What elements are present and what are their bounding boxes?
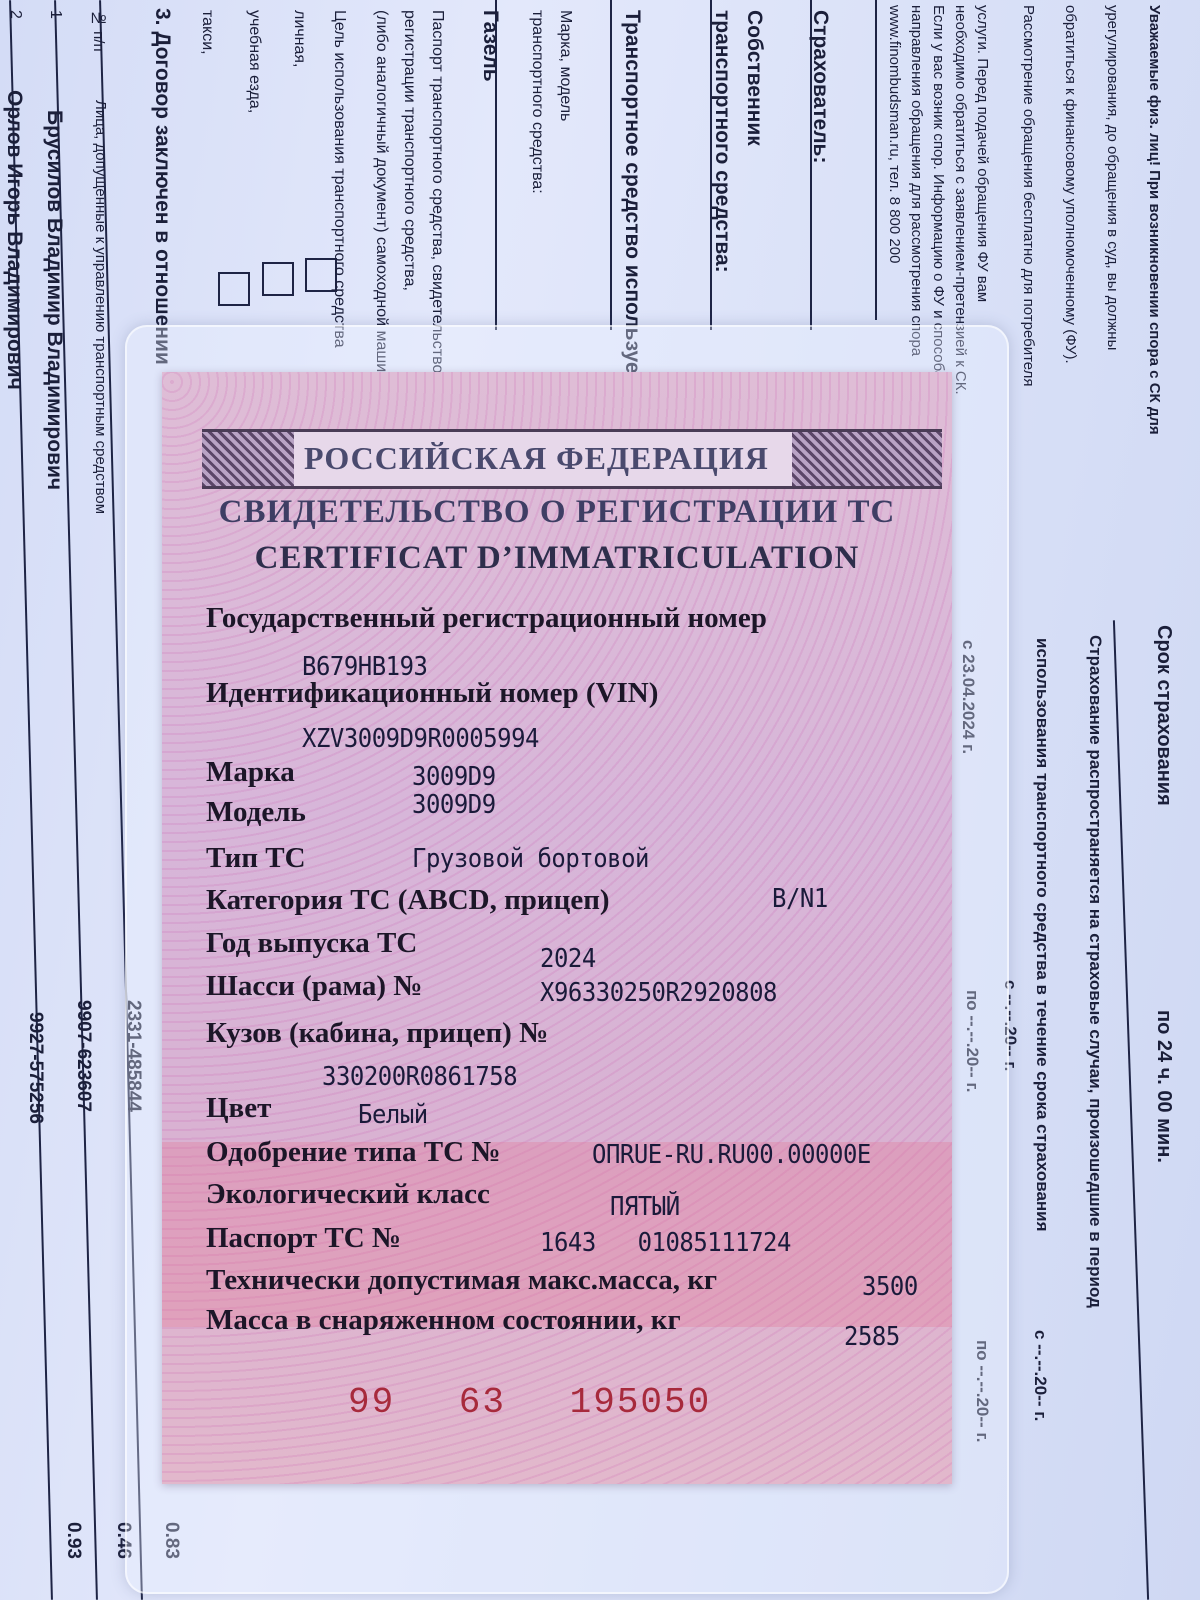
make-label: Марка [206,756,295,789]
reg-number-label: Государственный регистрационный номер [206,602,767,635]
type-approval-label: Одобрение типа ТС № [206,1136,500,1169]
vehicle-docs-line: регистрации транспортного средства, [400,10,418,291]
vehicle-registration-certificate: РОССИЙСКАЯ ФЕДЕРАЦИЯ СВИДЕТЕЛЬСТВО О РЕГ… [162,372,952,1484]
year-label: Год выпуска ТС [206,927,417,960]
body-value: 330200R0861758 [322,1062,517,1092]
insurance-period-value: по 24 ч. 00 мин. [1152,1010,1175,1163]
driver-license-number: 9907-623607 [72,1000,94,1112]
usage-checkbox[interactable] [218,272,250,306]
certificate-serial-number: 99 63 195050 [348,1382,711,1423]
notice-line: Уважаемые физ. лиц! При возникновении сп… [1146,5,1163,435]
vehicle-label: транспортного средства: [528,10,546,194]
model-value: 3009D9 [412,790,496,820]
usage-option-taxi: такси, [198,10,216,55]
color-label: Цвет [206,1092,271,1125]
notice-line: Рассмотрение обращения бесплатно для пот… [1020,5,1037,387]
column-header-persons: Лица, допущенные к управлению транспортн… [92,100,109,514]
country-title: РОССИЙСКАЯ ФЕДЕРАЦИЯ [304,440,769,477]
color-value: Белый [358,1100,428,1130]
owner-heading: транспортного средства: [710,10,734,273]
table-rule [610,0,612,330]
notice-line: направления обращения для рассмотрения с… [908,5,925,356]
vin-value: XZV3009D9R0005994 [302,724,539,754]
driver-name: Брусилов Владимир Владимирович [42,110,66,490]
max-mass-label: Технически допустимая макс.масса, кг [206,1264,717,1297]
category-value: B/N1 [772,884,828,914]
coverage-text: использования транспортного средства в т… [1032,638,1052,1232]
certificate-title-fr: CERTIFICAT D’IMMATRICULATION [162,540,952,577]
driver-name: Орлов Игорь Владимирович [2,90,26,390]
type-approval-value: ОПRUE-RU.RU00.00000Е [592,1140,871,1170]
usage-option-personal: личная, [290,10,308,67]
insurance-period-label: Срок страхования [1152,625,1175,806]
usage-label: Цель использования транспортного средств… [330,10,348,348]
driver-row-number: 1 [46,10,64,19]
usage-checkbox[interactable] [262,262,294,296]
period-blank: с --.--.20-- г. [1030,1330,1050,1421]
chassis-label: Шасси (рама) № [206,970,422,1003]
vehicle-label: Марка, модель [556,10,574,121]
type-value: Грузовой бортовой [412,844,649,874]
category-label: Категория ТС (ABCD, прицеп) [206,884,610,917]
make-value: 3009D9 [412,762,496,792]
driver-license-number: 9927-575256 [24,1012,46,1124]
eco-class-value: ПЯТЫЙ [610,1192,680,1222]
column-header-number: № п/п [90,10,107,52]
passport-value: 1643 01085111724 [540,1228,791,1258]
notice-line: www.finombudsman.ru, тел. 8 800 200 [886,5,903,263]
notice-line: урегулирования, до обращения в суд, вы д… [1104,5,1121,350]
country-banner: РОССИЙСКАЯ ФЕДЕРАЦИЯ [202,429,942,489]
eco-class-label: Экологический класс [206,1178,490,1211]
curb-mass-label: Масса в снаряженном состоянии, кг [206,1304,681,1337]
vehicle-make: Газель [478,10,502,82]
model-label: Модель [206,796,306,829]
type-label: Тип ТС [206,842,306,875]
coverage-text: Страхование распространяется на страховы… [1085,635,1105,1308]
owner-heading: Собственник [742,10,766,146]
section-heading: 3. Договор заключен в отношении [150,8,174,365]
chassis-value: X96330250R2920808 [540,978,777,1008]
body-label: Кузов (кабина, прицеп) № [206,1017,548,1050]
table-rule [875,0,877,320]
table-rule [1113,620,1149,1599]
year-value: 2024 [540,944,596,974]
ornament-icon [792,432,942,486]
notice-line: обратиться к финансовому уполномоченному… [1062,5,1079,364]
curb-mass-value: 2585 [844,1322,900,1352]
passport-label: Паспорт ТС № [206,1222,401,1255]
certificate-title-ru: СВИДЕТЕЛЬСТВО О РЕГИСТРАЦИИ ТС [162,494,952,531]
insured-heading: Страхователь: [808,10,832,163]
ornament-icon [202,432,294,486]
coefficient: 0.93 [62,1522,84,1559]
vin-label: Идентификационный номер (VIN) [206,677,658,710]
usage-option-training: учебная езда, [245,10,263,113]
max-mass-value: 3500 [862,1272,918,1302]
notice-line: услуги. Перед подачей обращения ФУ вам [974,5,991,302]
driver-row-number: 2 [6,10,24,19]
